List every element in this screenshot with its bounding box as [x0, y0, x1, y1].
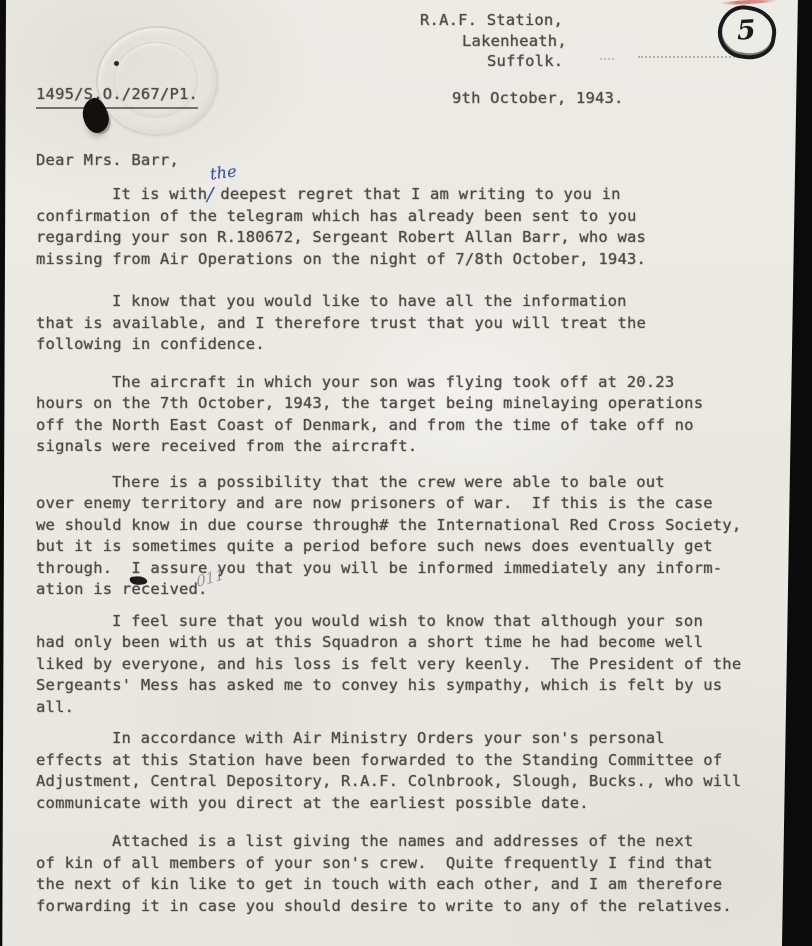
paragraph-5: I feel sure that you would wish to know …: [36, 611, 762, 719]
insertion-caret: /the: [207, 182, 216, 206]
ink-speck: [114, 61, 119, 66]
letter-body: 1495/S.O./267/P1. Dear Mrs. Barr, It is …: [0, 0, 812, 917]
salutation: Dear Mrs. Barr,: [36, 150, 762, 172]
caret-slash: /: [206, 184, 216, 205]
paragraph-3: The aircraft in which your son was flyin…: [36, 372, 762, 458]
paragraph-6: In accordance with Air Ministry Orders y…: [36, 728, 762, 814]
reference-number-text: 1495/S.O./267/P1.: [36, 84, 198, 109]
handwritten-insertion-the: the: [209, 163, 238, 182]
paragraph-1: It is with/thedeepest regret that I am w…: [36, 182, 762, 270]
reference-number: 1495/S.O./267/P1.: [36, 84, 762, 109]
scanned-letter-page: { "letterhead": { "lines": ["R.A.F. Stat…: [0, 0, 812, 946]
circled-number-text: 5: [736, 15, 756, 47]
paragraph-7: Attached is a list giving the names and …: [36, 831, 762, 917]
paragraph-1-text-before-insertion: It is with: [112, 185, 207, 203]
paragraph-2: I know that you would like to have all t…: [36, 291, 762, 356]
